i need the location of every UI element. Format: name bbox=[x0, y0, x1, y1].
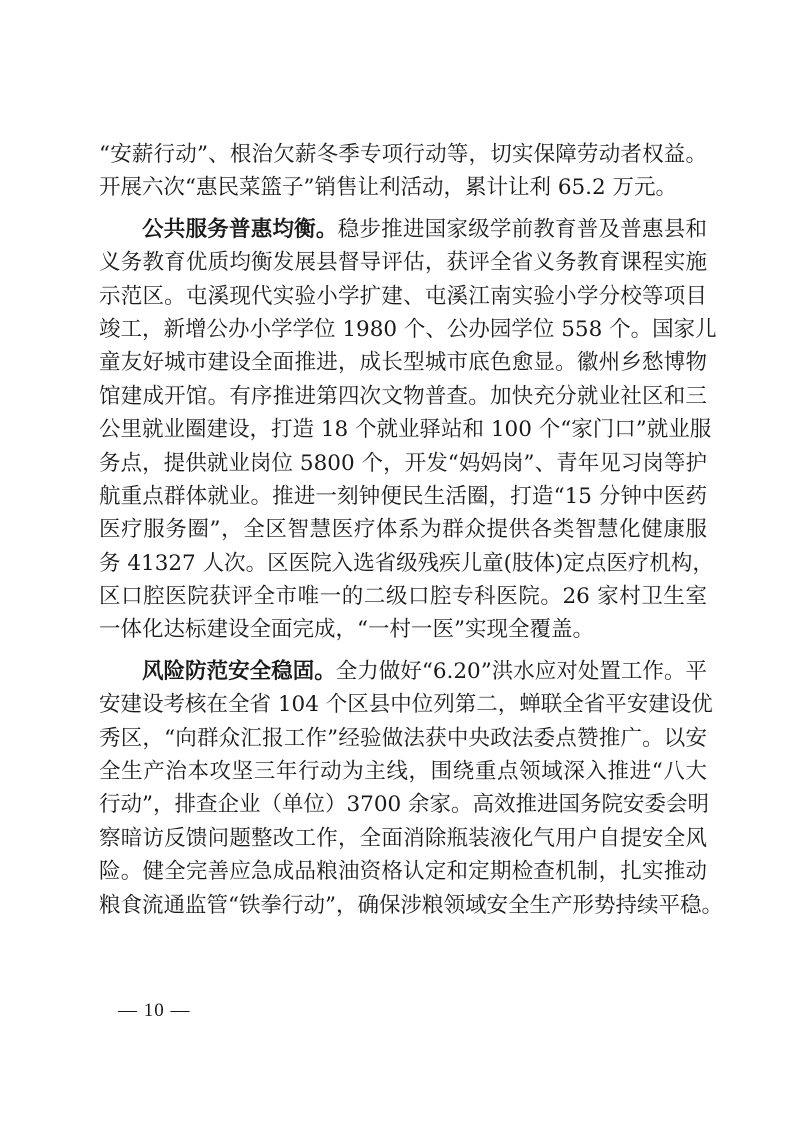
section-heading-risk-prevention: 风险防范安全稳固。 bbox=[142, 659, 336, 684]
text-line: 风险防范安全稳固。全力做好“6.20”洪水应对处置工作。平 bbox=[99, 655, 707, 688]
text-line: 秀区，“向群众汇报工作”经验做法获中央政法委点赞推广。以安 bbox=[99, 722, 707, 755]
text-run: 稳步推进国家级学前教育普及普惠县和 bbox=[338, 217, 707, 242]
text-line: 察暗访反馈问题整改工作，全面消除瓶装液化气用户自提安全风 bbox=[99, 822, 707, 855]
text-line: 公里就业圈建设，打造 18 个就业驿站和 100 个“家门口”就业服 bbox=[99, 413, 707, 446]
text-line: 馆建成开馆。有序推进第四次文物普查。加快充分就业社区和三 bbox=[99, 380, 707, 413]
text-line: 示范区。屯溪现代实验小学扩建、屯溪江南实验小学分校等项目 bbox=[99, 280, 707, 313]
text-line: 医疗服务圈”，全区智慧医疗体系为群众提供各类智慧化健康服 bbox=[99, 513, 707, 546]
paragraph-labor-rights: “安薪行动”、根治欠薪冬季专项行动等，切实保障劳动者权益。 开展六次“惠民菜篮子… bbox=[99, 138, 707, 205]
text-line: 公共服务普惠均衡。稳步推进国家级学前教育普及普惠县和 bbox=[99, 213, 707, 246]
text-line: 安建设考核在全省 104 个区县中位列第二，蝉联全省平安建设优 bbox=[99, 688, 707, 721]
paragraph-public-services: 公共服务普惠均衡。稳步推进国家级学前教育普及普惠县和 义务教育优质均衡发展县督导… bbox=[99, 213, 707, 647]
text-line: 务点，提供就业岗位 5800 个，开发“妈妈岗”、青年见习岗等护 bbox=[99, 447, 707, 480]
text-run: 全力做好“6.20”洪水应对处置工作。平 bbox=[336, 659, 707, 684]
text-line: 全生产治本攻坚三年行动为主线，围绕重点领域深入推进“八大 bbox=[99, 755, 707, 788]
text-line: 区口腔医院获评全市唯一的二级口腔专科医院。26 家村卫生室 bbox=[99, 580, 707, 613]
text-line: 粮食流通监管“铁拳行动”，确保涉粮领域安全生产形势持续平稳。 bbox=[99, 889, 707, 922]
text-line: 竣工，新增公办小学学位 1980 个、公办园学位 558 个。国家儿 bbox=[99, 313, 707, 346]
text-line: 一体化达标建设全面完成，“一村一医”实现全覆盖。 bbox=[99, 613, 707, 646]
text-line: 险。健全完善应急成品粮油资格认定和定期检查机制，扎实推动 bbox=[99, 855, 707, 888]
paragraph-risk-prevention: 风险防范安全稳固。全力做好“6.20”洪水应对处置工作。平 安建设考核在全省 1… bbox=[99, 655, 707, 922]
text-line: “安薪行动”、根治欠薪冬季专项行动等，切实保障劳动者权益。 bbox=[99, 138, 707, 171]
text-line: 童友好城市建设全面推进，成长型城市底色愈显。徽州乡愁博物 bbox=[99, 346, 707, 379]
page-number: — 10 — bbox=[118, 1000, 191, 1022]
text-line: 开展六次“惠民菜篮子”销售让利活动，累计让利 65.2 万元。 bbox=[99, 171, 707, 204]
text-line: 务 41327 人次。区医院入选省级残疾儿童(肢体)定点医疗机构， bbox=[99, 547, 707, 580]
section-heading-public-services: 公共服务普惠均衡。 bbox=[142, 217, 338, 242]
text-line: 航重点群体就业。推进一刻钟便民生活圈，打造“15 分钟中医药 bbox=[99, 480, 707, 513]
text-line: 义务教育优质均衡发展县督导评估，获评全省义务教育课程实施 bbox=[99, 246, 707, 279]
text-line: 行动”，排查企业（单位）3700 余家。高效推进国务院安委会明 bbox=[99, 788, 707, 821]
document-page: “安薪行动”、根治欠薪冬季专项行动等，切实保障劳动者权益。 开展六次“惠民菜篮子… bbox=[99, 138, 707, 922]
